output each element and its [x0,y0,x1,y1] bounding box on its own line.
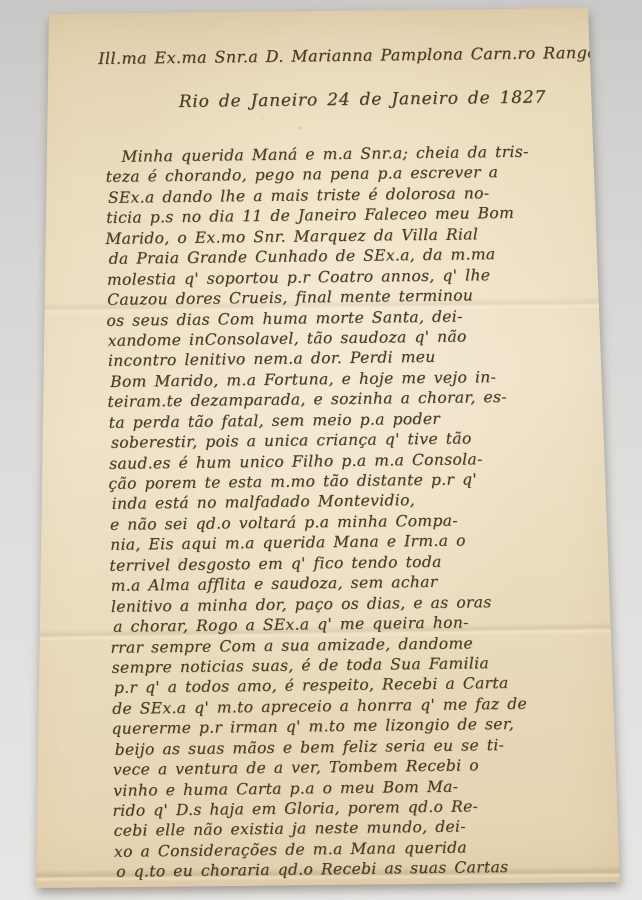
letter-body: Minha querida Maná e m.a Snr.a; cheia da… [105,141,594,883]
date-line: Rio de Janeiro 24 de Janeiro de 1827 [179,88,547,112]
letter-paper: Ill.ma Ex.ma Snr.a D. Marianna Pamplona … [0,0,642,900]
recipient-line: Ill.ma Ex.ma Snr.a D. Marianna Pamplona … [98,43,588,68]
letter-text-block: Ill.ma Ex.ma Snr.a D. Marianna Pamplona … [96,35,598,891]
photo-background: Ill.ma Ex.ma Snr.a D. Marianna Pamplona … [0,0,642,900]
paper-sheet: Ill.ma Ex.ma Snr.a D. Marianna Pamplona … [0,0,642,900]
